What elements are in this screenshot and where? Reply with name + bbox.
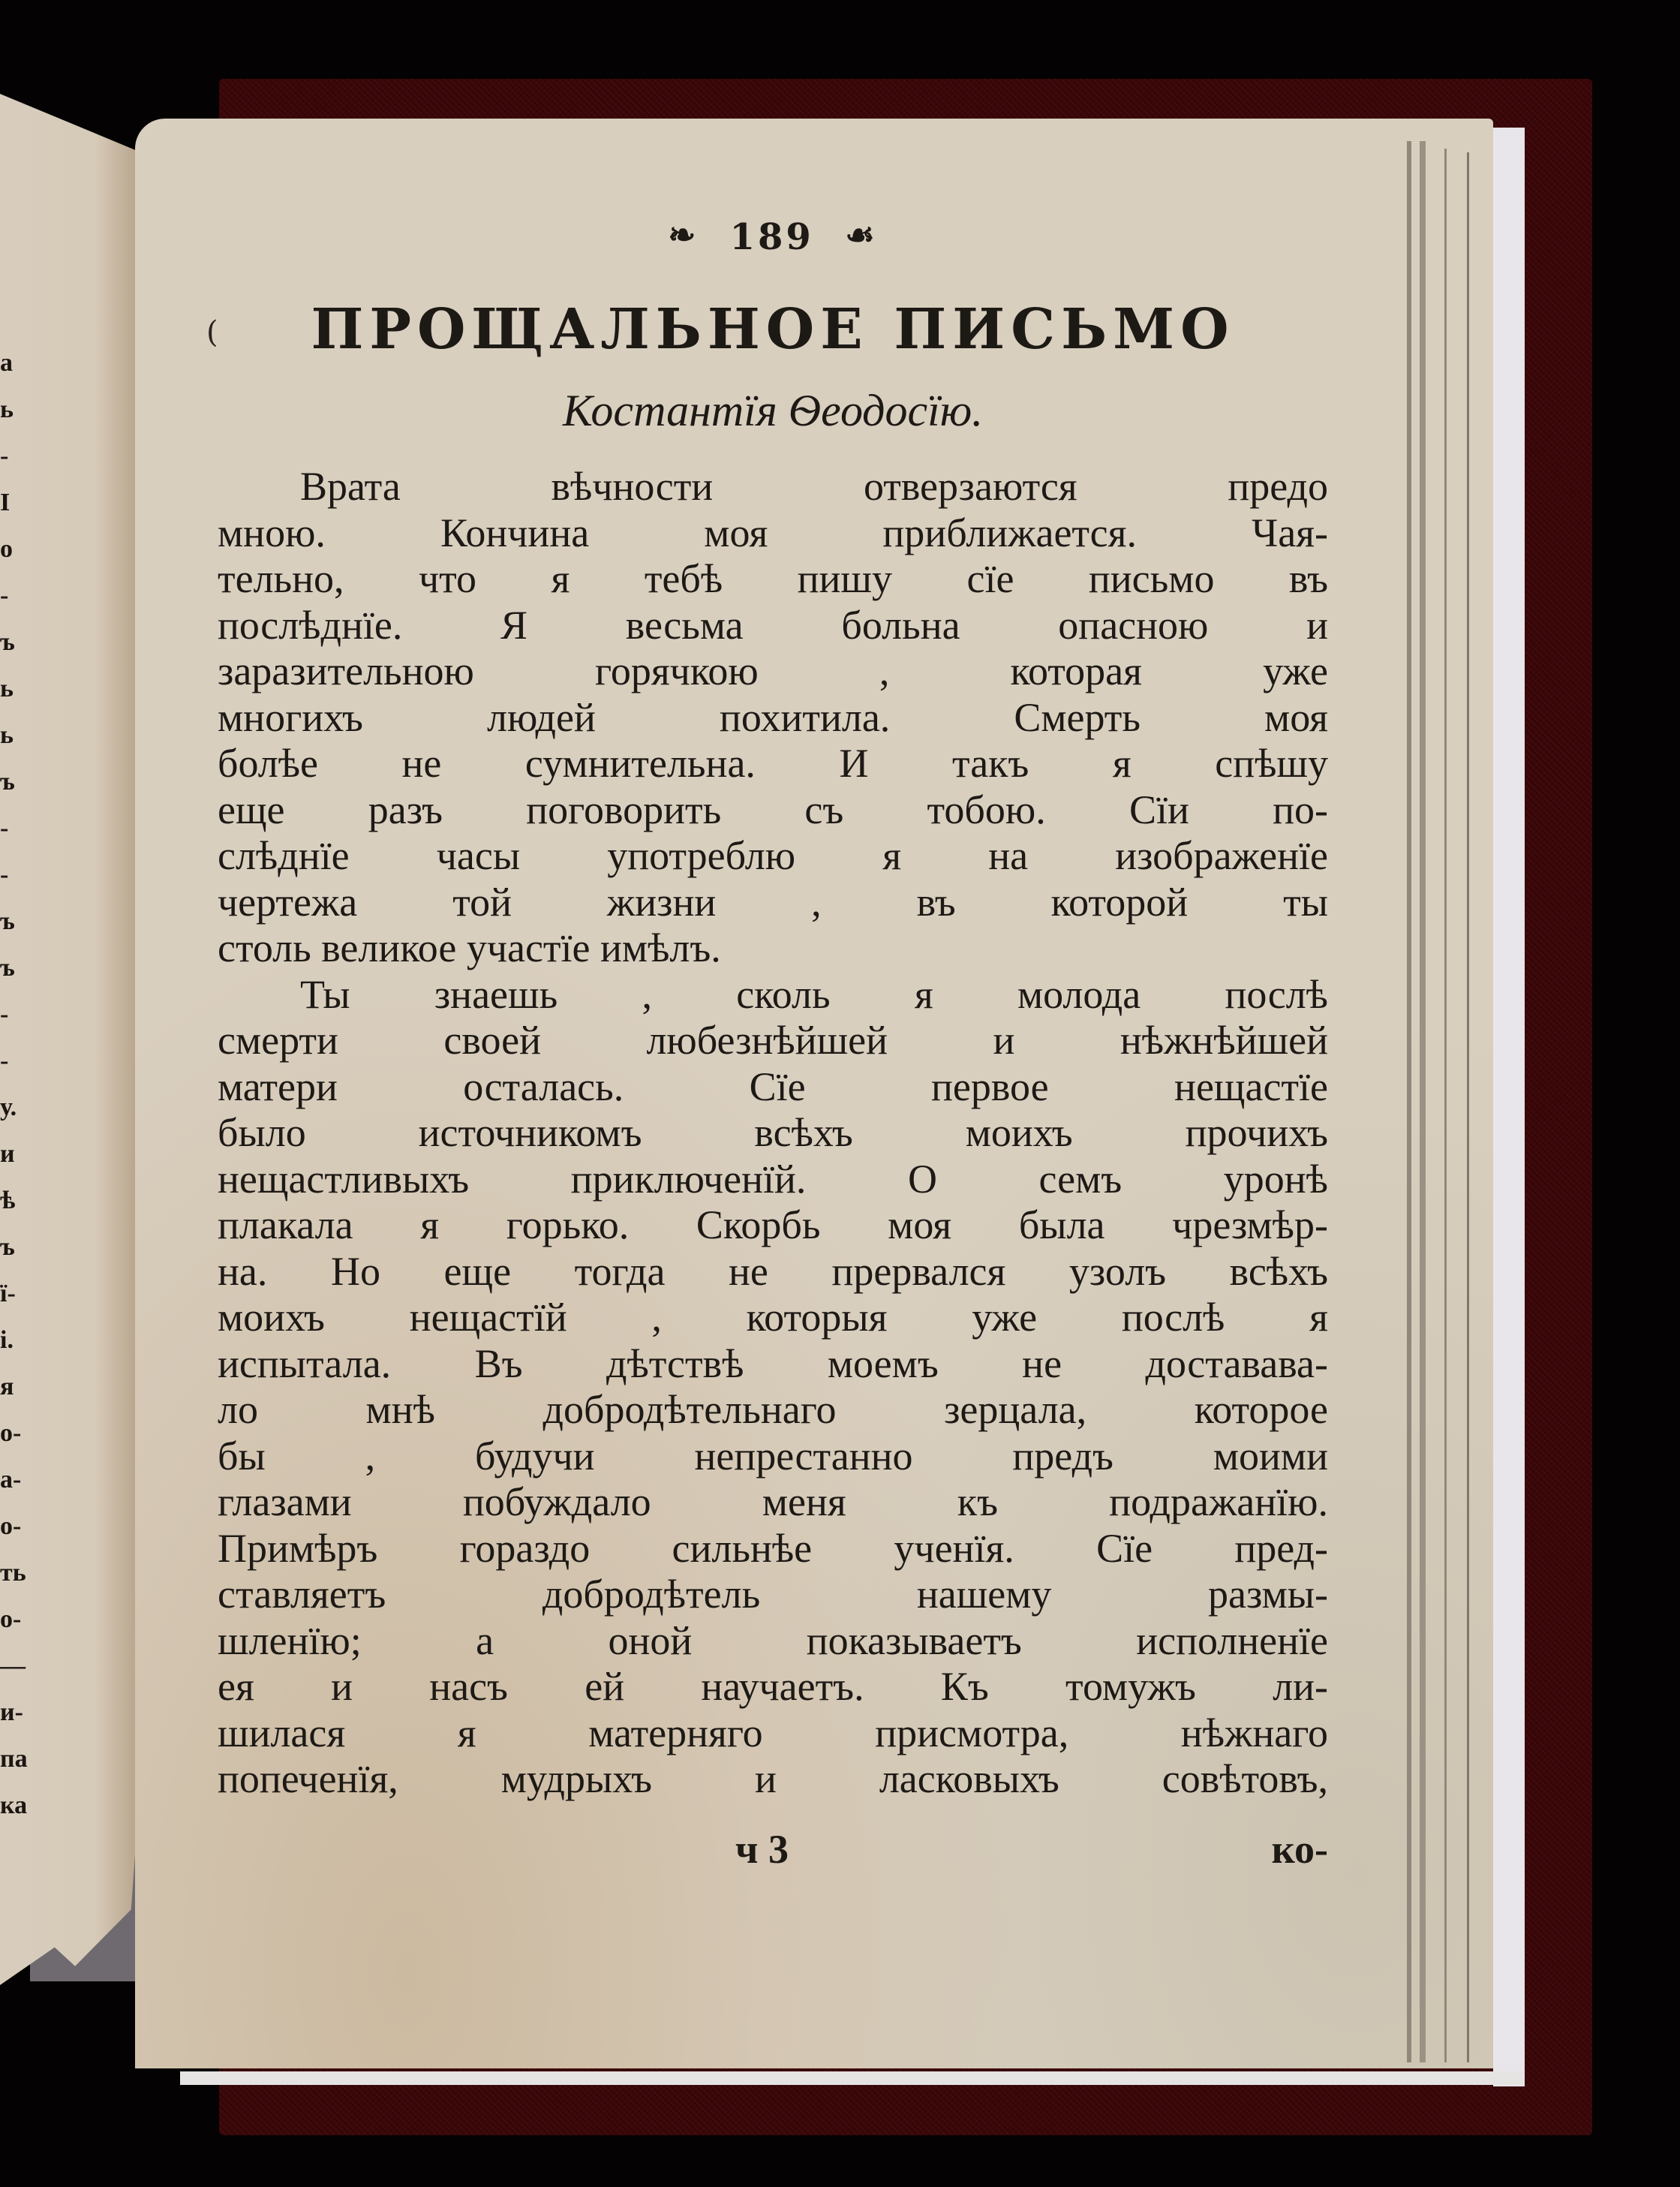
left-page-line-ending: ъ [0,628,15,657]
text-line: Примѣръ гораздо сильнѣе ученїя. Сїе пред… [218,1526,1328,1572]
left-page-line-ending: и- [0,1698,23,1727]
page-edge-line [1467,152,1469,2062]
left-page-line-ending: ка [0,1791,27,1820]
book-page: ( ❧ 189 ☙ ПРОЩАЛЬНОЕ ПИСЬМО Костантїя Ѳе… [135,119,1493,2068]
left-page-line-ending: я [0,1373,14,1401]
left-page-line-ending: ъ [0,907,15,936]
left-page-line-ending: у. [0,1093,17,1122]
left-page-line-ending: па [0,1745,28,1773]
left-page-line-ending: - [0,582,8,610]
left-page-line-ending: - [0,861,8,889]
left-page-line-ending: ь [0,721,14,750]
left-page-line-ending: ть [0,1559,26,1587]
text-line: мною. Кончина моя приближается. Чая- [218,510,1328,557]
left-page-line-ending: и [0,1140,15,1169]
text-line: ея и насъ ей научаетъ. Къ томужъ ли- [218,1664,1328,1710]
page-edge-line [1407,141,1411,2062]
blank-leaf-bottom-edge [180,2071,1523,2085]
text-line: чертежа той жизни , въ которой ты [218,880,1328,926]
text-line: Ты знаешь , сколь я молода послѣ [218,972,1328,1018]
text-line: смерти своей любезнѣйшей и нѣжнѣйшей [218,1018,1328,1064]
left-page-line-ending: - [0,1000,8,1029]
page-edge-line [1420,141,1426,2062]
margin-mark: ( [206,315,218,350]
text-line: матери осталась. Сїе первое нещастїе [218,1064,1328,1111]
fleuron-left-icon: ❧ [668,216,699,254]
left-page-line-ending: ѣ [0,1187,15,1215]
text-line: моихъ нещастїй , которыя уже послѣ я [218,1295,1328,1341]
text-line: шленїю; а оной показываетъ исполненїе [218,1618,1328,1665]
left-facing-page: аь-Iо-ъььъ--ъъ--у.иѣъї-і.яо-а-о-тьо-—и-п… [0,94,137,1985]
text-line: Врата вѣчности отверзаются предо [218,464,1328,510]
signature-mark: ч 3 [735,1826,789,1873]
left-page-line-ending: о- [0,1605,21,1634]
left-page-line-ending: ї- [0,1280,16,1308]
letter-body: Врата вѣчности отверзаются предомною. Ко… [218,464,1328,1803]
left-page-line-ending: - [0,442,8,471]
text-line: плакала я горько. Скорбь моя была чрезмѣ… [218,1202,1328,1249]
text-line: глазами побуждало меня къ подражанїю. [218,1479,1328,1526]
left-page-line-ending: — [0,1652,26,1680]
text-line: заразительною горячкою , которая уже [218,648,1328,695]
page-edge-line [1444,149,1447,2062]
left-page-line-ending: ь [0,396,14,424]
fleuron-right-icon: ☙ [845,216,877,254]
text-line: было источникомъ всѣхъ моихъ прочихъ [218,1110,1328,1157]
text-line: послѣднїе. Я весьма больна опасною и [218,603,1328,649]
left-page-line-ending: - [0,814,8,843]
text-line: бы , будучи непрестанно предъ моими [218,1433,1328,1480]
left-page-line-ending: о- [0,1512,21,1541]
text-line: тельно, что я тебѣ пишу сїе письмо въ [218,556,1328,603]
text-line: попеченїя, мудрыхъ и ласковыхъ совѣтовъ, [218,1756,1328,1803]
text-line: слѣднїе часы употреблю я на изображенїе [218,833,1328,880]
left-page-line-ending: о [0,535,13,564]
left-page-line-ending: ъ [0,1233,15,1262]
running-head: ❧ 189 ☙ [218,216,1328,258]
left-page-line-ending: ъ [0,768,15,796]
left-page-line-ending: ъ [0,954,15,982]
letter-subtitle: Костантїя Ѳеодосїю. [218,385,1328,437]
text-line: еще разъ поговорить съ тобою. Сїи по- [218,787,1328,834]
text-line: ставляетъ добродѣтель нашему размы- [218,1572,1328,1618]
left-page-line-ending: - [0,1047,8,1075]
text-line: многихъ людей похитила. Смерть моя [218,695,1328,742]
text-line: испытала. Въ дѣтствѣ моемъ не доставава- [218,1341,1328,1388]
left-page-line-ending: I [0,489,10,517]
text-line: нещастливыхъ приключенїй. О семъ уронѣ [218,1157,1328,1203]
catchword: ко- [1272,1826,1328,1873]
left-page-line-ending: а- [0,1466,21,1494]
left-page-line-ending: і. [0,1326,14,1355]
blank-leaf-edge [1493,128,1525,2086]
text-line: болѣе не сумнительна. И такъ я спѣшу [218,741,1328,787]
letter-title: ПРОЩАЛЬНОЕ ПИСЬМО [218,297,1328,362]
text-line: на. Но еще тогда не прервался узолъ всѣх… [218,1249,1328,1295]
left-page-line-ending: ь [0,675,14,703]
text-line: ло мнѣ добродѣтельнаго зерцала, которое [218,1387,1328,1433]
left-page-line-ending: а [0,349,13,378]
page-number: 189 [730,216,814,258]
text-line: столь великое участїе имѣлъ. [218,925,1328,972]
left-page-line-ending: о- [0,1419,21,1448]
text-line: шилася я матерняго присмотра, нѣжнаго [218,1710,1328,1757]
